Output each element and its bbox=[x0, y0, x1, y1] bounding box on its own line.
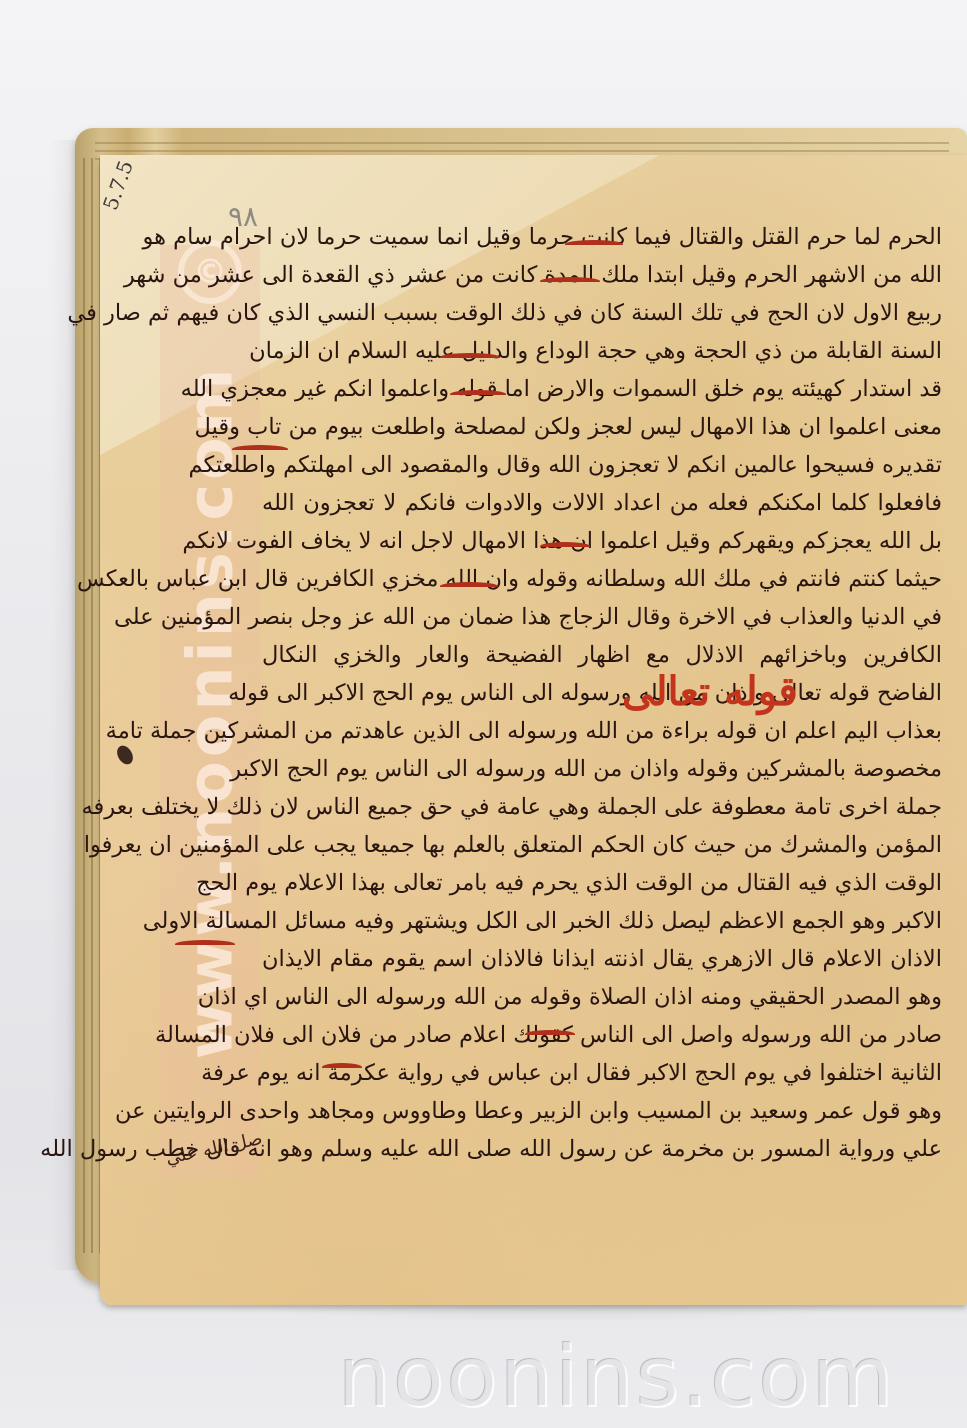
text-line: الوقت الذي فيه القتال من الوقت الذي يحرم… bbox=[262, 864, 942, 902]
text-line: الاذان الاعلام قال الازهري يقال اذنته اي… bbox=[262, 940, 942, 978]
text-line: الثانية اختلفوا في يوم الحج الاكبر فقال … bbox=[262, 1054, 942, 1092]
text-line: الاكبر وهو الجمع الاعظم ليصل ذلك الخبر ا… bbox=[262, 902, 942, 940]
text-line: تقديره فسيحوا عالمين انكم لا تعجزون الله… bbox=[262, 446, 942, 484]
bottom-watermark: noonins.com bbox=[338, 1328, 896, 1426]
page-edge-line bbox=[95, 142, 949, 144]
rubric-overline bbox=[540, 542, 590, 547]
rubric-overline bbox=[232, 445, 288, 450]
text-line: الفاضح قوله تعالى واذان من الله ورسوله ا… bbox=[262, 674, 942, 712]
text-line: علي ورواية المسور بن مخرمة عن رسول الله … bbox=[262, 1130, 942, 1168]
text-line: فافعلوا كلما امكنكم فعله من اعداد الالات… bbox=[262, 484, 942, 522]
rubric-overline bbox=[540, 277, 600, 282]
text-line: الكافرين وباخزائهم الاذلال مع اظهار الفض… bbox=[262, 636, 942, 674]
rubric-overline bbox=[175, 940, 235, 945]
rubric-overline bbox=[440, 582, 498, 587]
text-line: في الدنيا والعذاب في الاخرة وقال الزجاج … bbox=[262, 598, 942, 636]
text-line: معنى اعلموا ان هذا الامهال ليس لعجز ولكن… bbox=[262, 408, 942, 446]
text-line: المؤمن والمشرك من حيث كان الحكم المتعلق … bbox=[262, 826, 942, 864]
text-line: قد استدار كهيئته يوم خلق السموات والارض … bbox=[262, 370, 942, 408]
text-line: ربيع الاول لان الحج في تلك السنة كان في … bbox=[262, 294, 942, 332]
text-line: الله من الاشهر الحرم وقيل ابتدا ملك المد… bbox=[262, 256, 942, 294]
text-line: حيثما كنتم فانتم في ملك الله وسلطانه وقو… bbox=[262, 560, 942, 598]
manuscript-text: الحرم لما حرم القتل والقتال فيما كانت حر… bbox=[262, 218, 942, 1168]
text-line: وهو المصدر الحقيقي ومنه اذان الصلاة وقول… bbox=[262, 978, 942, 1016]
rubric-overline bbox=[525, 1030, 575, 1035]
rubric-overline bbox=[565, 240, 623, 245]
text-line: مخصوصة بالمشركين وقوله واذان من الله ورس… bbox=[262, 750, 942, 788]
rubric-overline bbox=[450, 390, 506, 395]
text-line: صادر من الله ورسوله واصل الى الناس كقولك… bbox=[262, 1016, 942, 1054]
rubric-overline bbox=[440, 353, 500, 358]
page-edge-line bbox=[95, 150, 949, 152]
text-line: وهو قول عمر وسعيد بن المسيب وابن الزبير … bbox=[262, 1092, 942, 1130]
text-line: جملة اخرى تامة معطوفة على الجملة وهي عام… bbox=[262, 788, 942, 826]
rubric-overline bbox=[322, 1063, 362, 1068]
text-line: بل الله يعجزكم ويقهركم وقيل اعلموا ان هذ… bbox=[262, 522, 942, 560]
text-line: الحرم لما حرم القتل والقتال فيما كانت حر… bbox=[262, 218, 942, 256]
text-line: بعذاب اليم اعلم ان قوله براءة من الله ور… bbox=[262, 712, 942, 750]
rubric-heading: قوله تعالى bbox=[622, 668, 798, 715]
text-line: السنة القابلة من ذي الحجة وهي حجة الوداع… bbox=[262, 332, 942, 370]
